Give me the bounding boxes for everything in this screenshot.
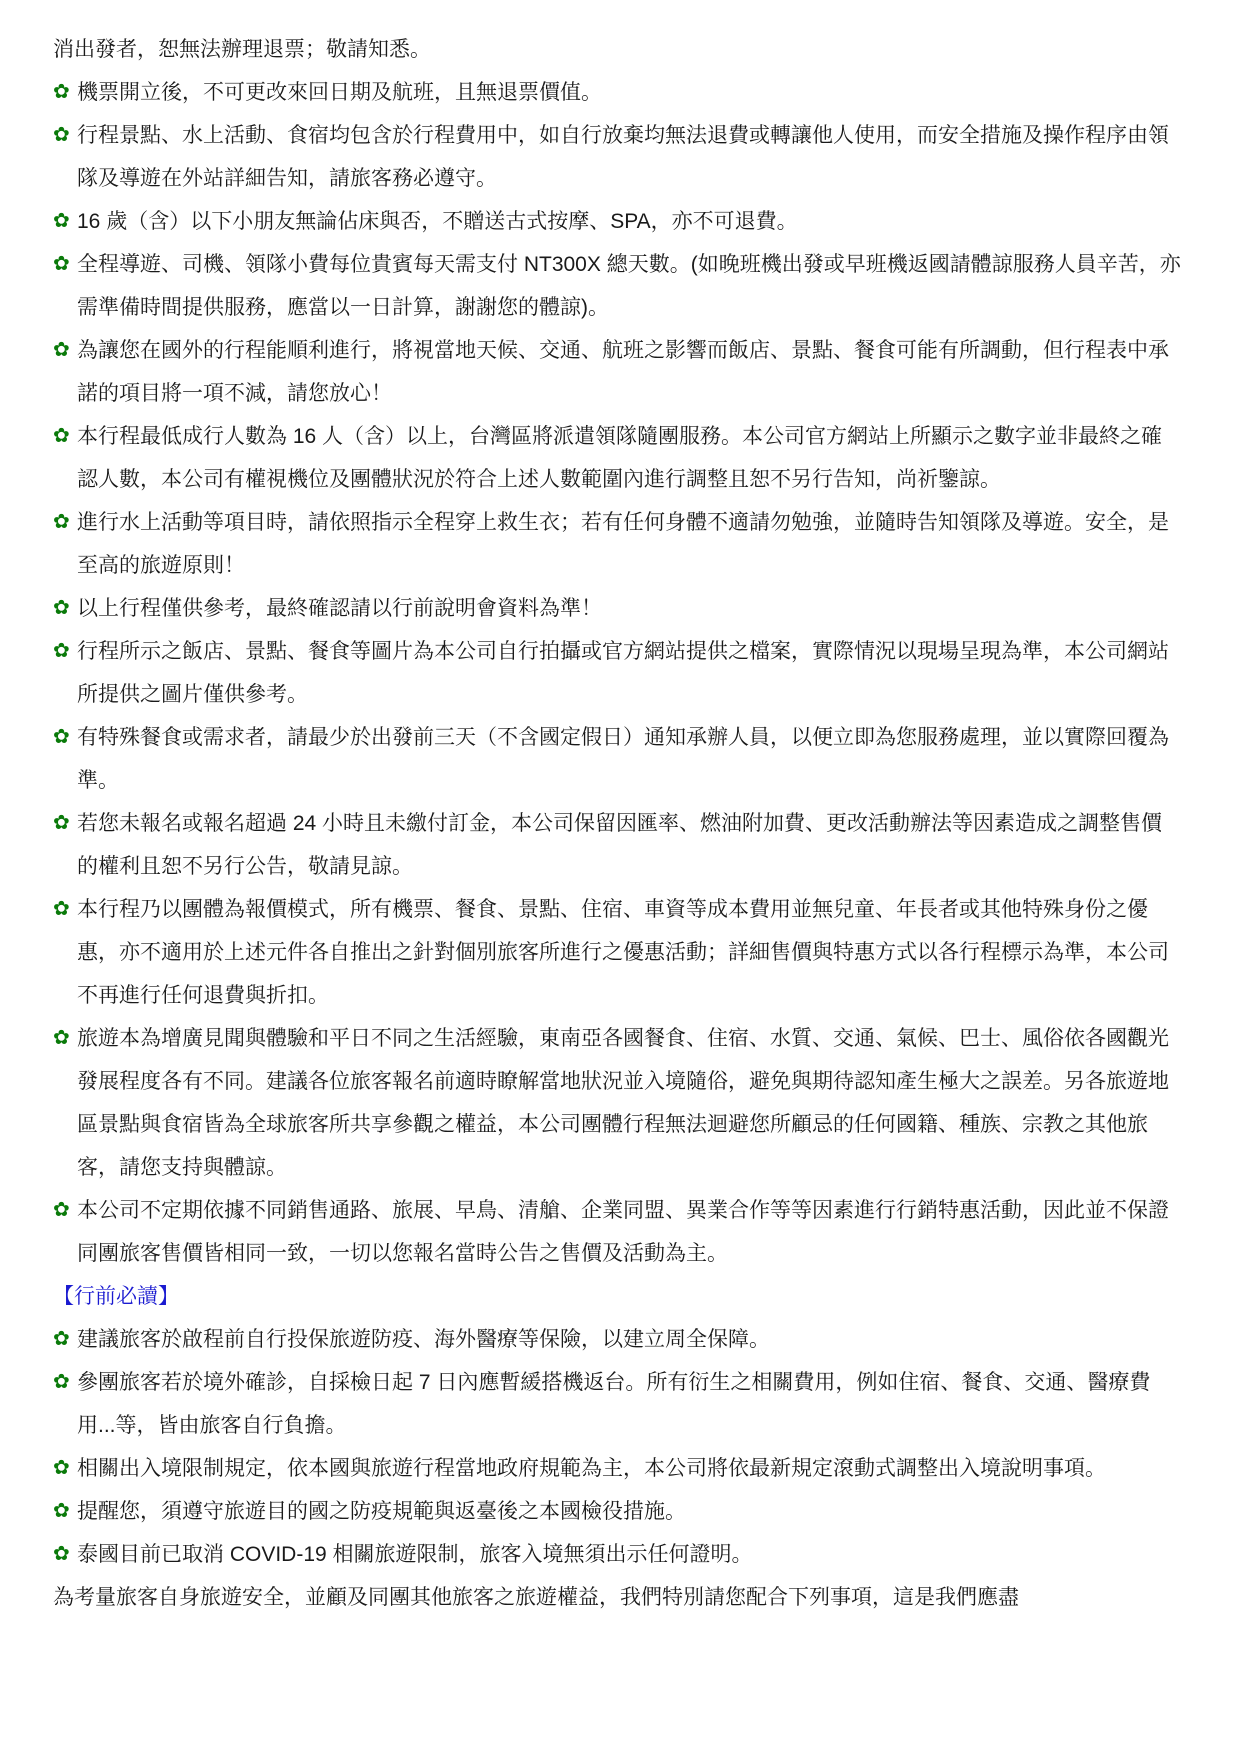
flower-icon: ✿ (53, 501, 75, 544)
flower-icon: ✿ (53, 1447, 75, 1490)
closing-line: 為考量旅客自身旅遊安全，並顧及同團其他旅客之旅遊權益，我們特別請您配合下列事項，… (53, 1576, 1181, 1619)
flower-icon: ✿ (53, 587, 75, 630)
flower-icon: ✿ (53, 1017, 75, 1060)
flower-icon: ✿ (53, 1533, 75, 1576)
flower-icon: ✿ (53, 114, 75, 157)
list-item: ✿進行水上活動等項目時，請依照指示全程穿上救生衣；若有任何身體不適請勿勉強，並隨… (53, 501, 1181, 587)
flower-icon: ✿ (53, 415, 75, 458)
list-item: ✿建議旅客於啟程前自行投保旅遊防疫、海外醫療等保險，以建立周全保障。 (53, 1318, 1181, 1361)
list-item: ✿機票開立後，不可更改來回日期及航班，且無退票價值。 (53, 71, 1181, 114)
flower-icon: ✿ (53, 200, 75, 243)
intro-line: 消出發者，恕無法辦理退票；敬請知悉。 (53, 28, 1181, 71)
list-item: ✿若您未報名或報名超過 24 小時且未繳付訂金，本公司保留因匯率、燃油附加費、更… (53, 802, 1181, 888)
terms-list: ✿機票開立後，不可更改來回日期及航班，且無退票價值。 ✿行程景點、水上活動、食宿… (53, 71, 1181, 1275)
section-heading: 【行前必讀】 (53, 1275, 1181, 1318)
pre-departure-list: ✿建議旅客於啟程前自行投保旅遊防疫、海外醫療等保險，以建立周全保障。 ✿參團旅客… (53, 1318, 1181, 1576)
list-item: ✿行程所示之飯店、景點、餐食等圖片為本公司自行拍攝或官方網站提供之檔案，實際情況… (53, 630, 1181, 716)
flower-icon: ✿ (53, 888, 75, 931)
flower-icon: ✿ (53, 716, 75, 759)
list-item: ✿本行程最低成行人數為 16 人（含）以上，台灣區將派遣領隊隨團服務。本公司官方… (53, 415, 1181, 501)
flower-icon: ✿ (53, 71, 75, 114)
flower-icon: ✿ (53, 802, 75, 845)
list-item: ✿有特殊餐食或需求者，請最少於出發前三天（不含國定假日）通知承辦人員，以便立即為… (53, 716, 1181, 802)
list-item: ✿泰國目前已取消 COVID-19 相關旅遊限制，旅客入境無須出示任何證明。 (53, 1533, 1181, 1576)
flower-icon: ✿ (53, 243, 75, 286)
flower-icon: ✿ (53, 1189, 75, 1232)
flower-icon: ✿ (53, 1361, 75, 1404)
list-item: ✿為讓您在國外的行程能順利進行，將視當地天候、交通、航班之影響而飯店、景點、餐食… (53, 329, 1181, 415)
list-item: ✿本行程乃以團體為報價模式，所有機票、餐食、景點、住宿、車資等成本費用並無兒童、… (53, 888, 1181, 1017)
flower-icon: ✿ (53, 1318, 75, 1361)
list-item: ✿旅遊本為增廣見聞與體驗和平日不同之生活經驗，東南亞各國餐食、住宿、水質、交通、… (53, 1017, 1181, 1189)
list-item: ✿全程導遊、司機、領隊小費每位貴賓每天需支付 NT300X 總天數。(如晚班機出… (53, 243, 1181, 329)
list-item: ✿以上行程僅供參考，最終確認請以行前說明會資料為準！ (53, 587, 1181, 630)
list-item: ✿參團旅客若於境外確診，自採檢日起 7 日內應暫緩搭機返台。所有衍生之相關費用，… (53, 1361, 1181, 1447)
list-item: ✿相關出入境限制規定，依本國與旅遊行程當地政府規範為主，本公司將依最新規定滾動式… (53, 1447, 1181, 1490)
list-item: ✿本公司不定期依據不同銷售通路、旅展、早鳥、清艙、企業同盟、異業合作等等因素進行… (53, 1189, 1181, 1275)
flower-icon: ✿ (53, 329, 75, 372)
list-item: ✿16 歲（含）以下小朋友無論佔床與否，不贈送古式按摩、SPA，亦不可退費。 (53, 200, 1181, 243)
list-item: ✿行程景點、水上活動、食宿均包含於行程費用中，如自行放棄均無法退費或轉讓他人使用… (53, 114, 1181, 200)
flower-icon: ✿ (53, 630, 75, 673)
flower-icon: ✿ (53, 1490, 75, 1533)
list-item: ✿提醒您，須遵守旅遊目的國之防疫規範與返臺後之本國檢役措施。 (53, 1490, 1181, 1533)
document-page: 消出發者，恕無法辦理退票；敬請知悉。 ✿機票開立後，不可更改來回日期及航班，且無… (0, 0, 1241, 1619)
